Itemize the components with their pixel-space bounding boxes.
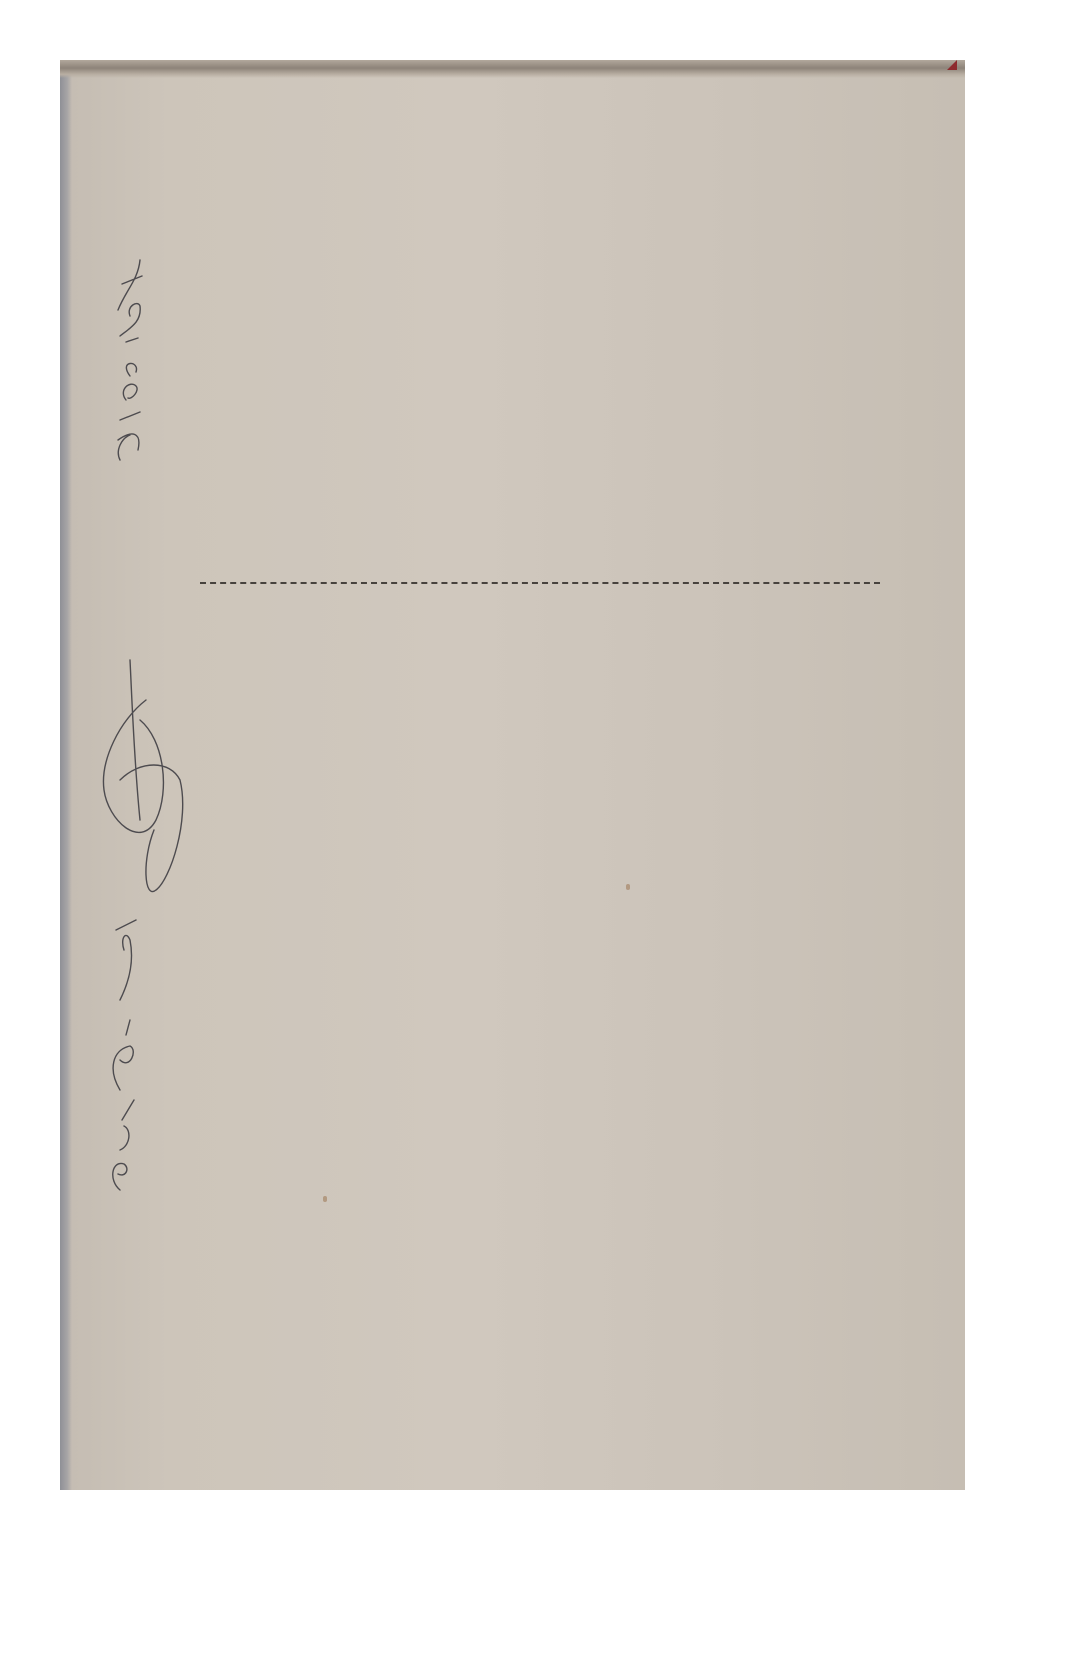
signature-capt-icon	[118, 260, 142, 460]
signature-elena-icon	[113, 920, 136, 1190]
margin-signatures	[60, 60, 210, 1490]
signature-loop-icon	[103, 660, 182, 892]
paper-stain	[323, 1196, 327, 1202]
document-page	[60, 60, 965, 1490]
paper-stain	[626, 884, 630, 890]
dashed-divider	[200, 582, 880, 584]
red-corner-tab	[947, 60, 957, 70]
